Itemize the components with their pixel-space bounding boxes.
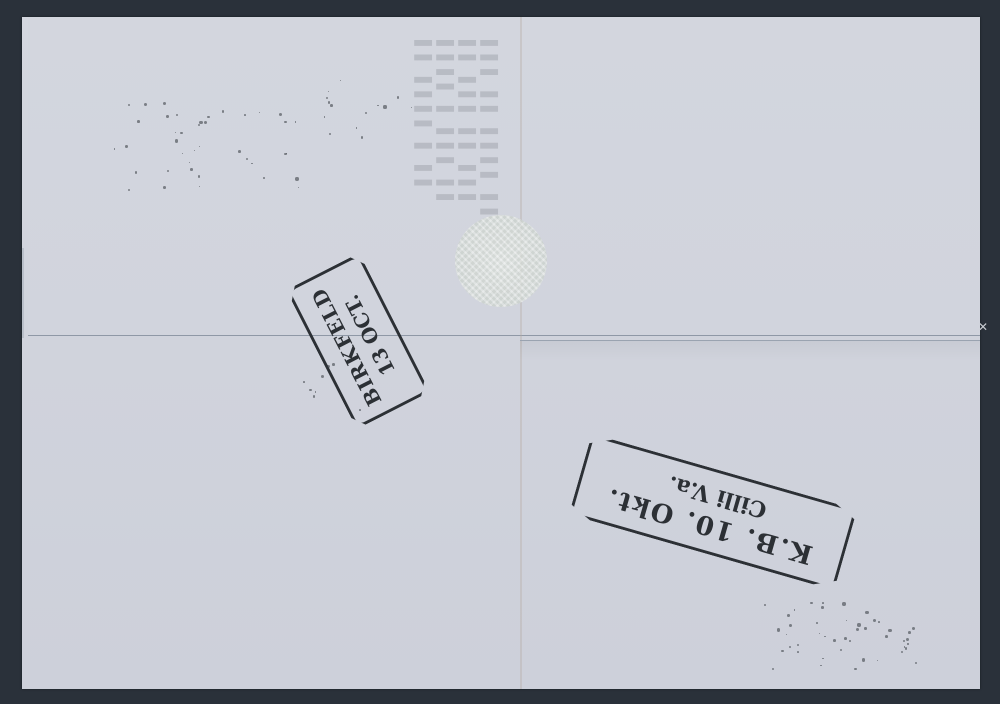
ink-speck: [303, 381, 305, 383]
ink-speck: [822, 658, 823, 659]
ink-speck: [309, 389, 311, 391]
ink-speck: [383, 105, 386, 108]
ink-speck: [842, 602, 845, 605]
ink-speck: [822, 602, 824, 604]
ink-speck: [263, 177, 265, 179]
ink-speck: [820, 665, 821, 666]
ink-speck: [840, 649, 842, 651]
ink-speck: [846, 620, 847, 621]
ink-speck: [905, 647, 907, 649]
ink-speck: [864, 627, 866, 629]
ink-speck: [198, 124, 200, 126]
ink-speck: [903, 640, 905, 642]
ink-speck: [321, 375, 324, 378]
ink-speck: [907, 643, 908, 644]
ink-speck: [125, 145, 128, 148]
ink-speck: [332, 363, 335, 366]
paper-tear-mark: ✕: [978, 320, 992, 334]
ink-speck: [862, 658, 865, 661]
ink-speck: [207, 116, 209, 118]
postal-cover-scan: ▌▌▌ ▌▌ ▌▌▌▌ ▌▌ ▌▌ ▌▌▌ ▌▌ ▌▌▌ ▌▌▌▌ ▌ ▌▌▌ …: [0, 0, 1000, 704]
ink-speck: [295, 177, 298, 180]
ink-speck: [328, 101, 330, 103]
ink-speck: [198, 175, 200, 177]
ink-speck: [284, 153, 286, 155]
ink-speck: [361, 136, 364, 139]
ink-speck: [359, 409, 361, 411]
ink-speck: [810, 602, 812, 604]
ink-speck: [865, 611, 868, 614]
ink-speck: [794, 609, 795, 610]
ink-speck: [137, 120, 140, 123]
ink-speck: [326, 365, 329, 368]
ink-speck: [313, 395, 315, 397]
ink-speck: [279, 113, 282, 116]
ink-speck: [411, 107, 412, 108]
ink-speck: [166, 115, 169, 118]
ink-speck: [135, 171, 137, 173]
ink-speck: [856, 628, 859, 631]
ink-speck: [284, 121, 287, 124]
ink-speck: [789, 624, 792, 627]
ink-speck: [330, 104, 333, 107]
ink-speck: [912, 627, 915, 630]
embossed-seal: [455, 215, 547, 307]
ink-speck: [377, 105, 378, 106]
left-flap-edge: [22, 248, 24, 338]
ink-speck: [251, 163, 252, 164]
ink-speck: [915, 662, 917, 664]
ink-speck: [781, 650, 783, 652]
ink-speck: [877, 660, 878, 661]
ink-speck: [849, 640, 851, 642]
ink-speck: [833, 639, 836, 642]
ink-speck: [329, 133, 331, 135]
ink-speck: [777, 628, 780, 631]
ink-speck: [356, 127, 358, 129]
ink-speck: [244, 114, 246, 116]
ink-speck: [821, 606, 824, 609]
ink-speck: [888, 629, 891, 632]
ink-speck: [238, 150, 241, 153]
lower-flap-edge: [520, 340, 980, 361]
ink-speck: [182, 153, 183, 154]
ink-speck: [878, 621, 880, 623]
ink-speck: [190, 168, 193, 171]
ink-speck: [857, 623, 860, 626]
ink-speck: [844, 637, 847, 640]
ink-speck: [787, 614, 790, 617]
